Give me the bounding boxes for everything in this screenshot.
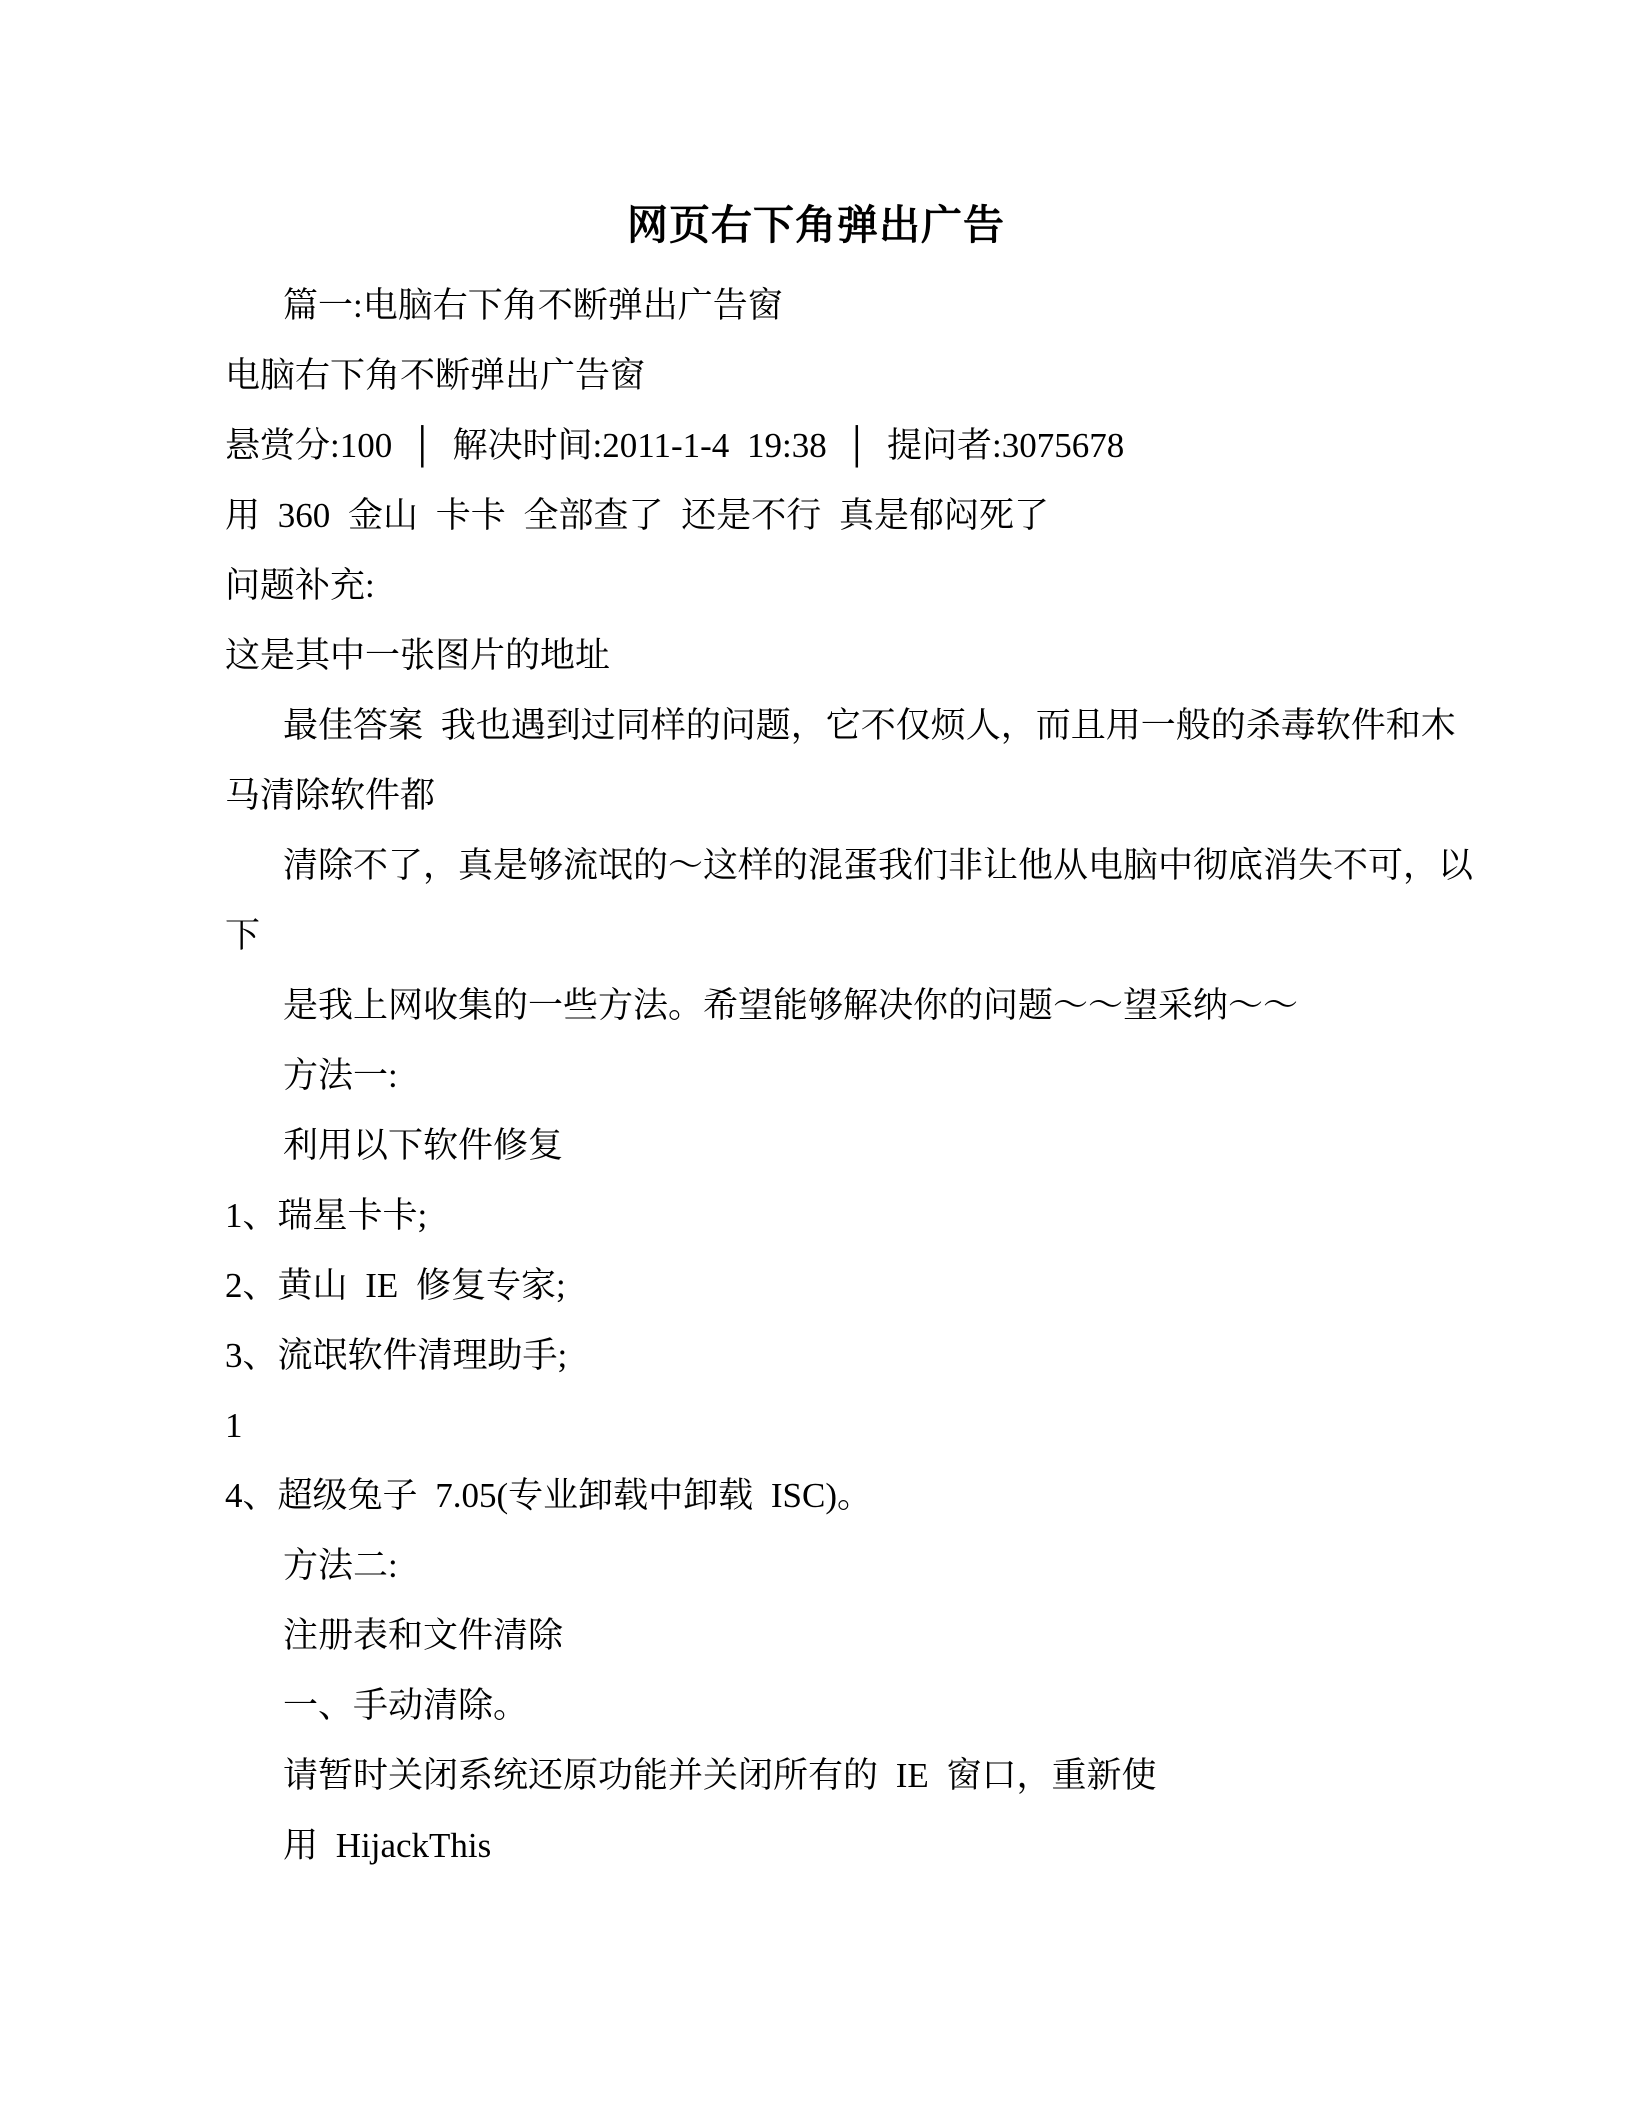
text-line: 电脑右下角不断弹出广告窗	[225, 341, 1572, 411]
text-line: 最佳答案 我也遇到过同样的问题，它不仅烦人，而且用一般的杀毒软件和木	[225, 691, 1572, 761]
text-line: 1、瑞星卡卡;	[225, 1181, 1572, 1251]
text-line: 4、超级兔子 7.05(专业卸载中卸载 ISC)。	[225, 1461, 1572, 1531]
text-line: 3、流氓软件清理助手;	[225, 1321, 1572, 1391]
text-line: 这是其中一张图片的地址	[225, 621, 1572, 691]
document-title: 网页右下角弹出广告	[0, 180, 1632, 271]
text-line: 注册表和文件清除	[225, 1601, 1572, 1671]
text-line: 方法二:	[225, 1531, 1572, 1601]
document-body: 篇一:电脑右下角不断弹出广告窗电脑右下角不断弹出广告窗悬赏分:100 │ 解决时…	[0, 271, 1632, 1881]
text-line: 是我上网收集的一些方法。希望能够解决你的问题～～望采纳～～	[225, 971, 1572, 1041]
text-line: 悬赏分:100 │ 解决时间:2011-1-4 19:38 │ 提问者:3075…	[225, 411, 1572, 481]
text-line: 问题补充:	[225, 551, 1572, 621]
text-line: 用 HijackThis	[225, 1811, 1572, 1881]
text-line: 清除不了，真是够流氓的～这样的混蛋我们非让他从电脑中彻底消失不可，以	[225, 831, 1572, 901]
text-line: 1	[225, 1391, 1572, 1461]
text-line: 下	[225, 901, 1572, 971]
text-line: 篇一:电脑右下角不断弹出广告窗	[225, 271, 1572, 341]
document-page: 网页右下角弹出广告 篇一:电脑右下角不断弹出广告窗电脑右下角不断弹出广告窗悬赏分…	[0, 0, 1632, 2112]
text-line: 2、黄山 IE 修复专家;	[225, 1251, 1572, 1321]
text-line: 一、手动清除。	[225, 1671, 1572, 1741]
text-line: 请暂时关闭系统还原功能并关闭所有的 IE 窗口，重新使	[225, 1741, 1572, 1811]
text-line: 方法一:	[225, 1041, 1572, 1111]
text-line: 用 360 金山 卡卡 全部查了 还是不行 真是郁闷死了	[225, 481, 1572, 551]
text-line: 马清除软件都	[225, 761, 1572, 831]
text-line: 利用以下软件修复	[225, 1111, 1572, 1181]
